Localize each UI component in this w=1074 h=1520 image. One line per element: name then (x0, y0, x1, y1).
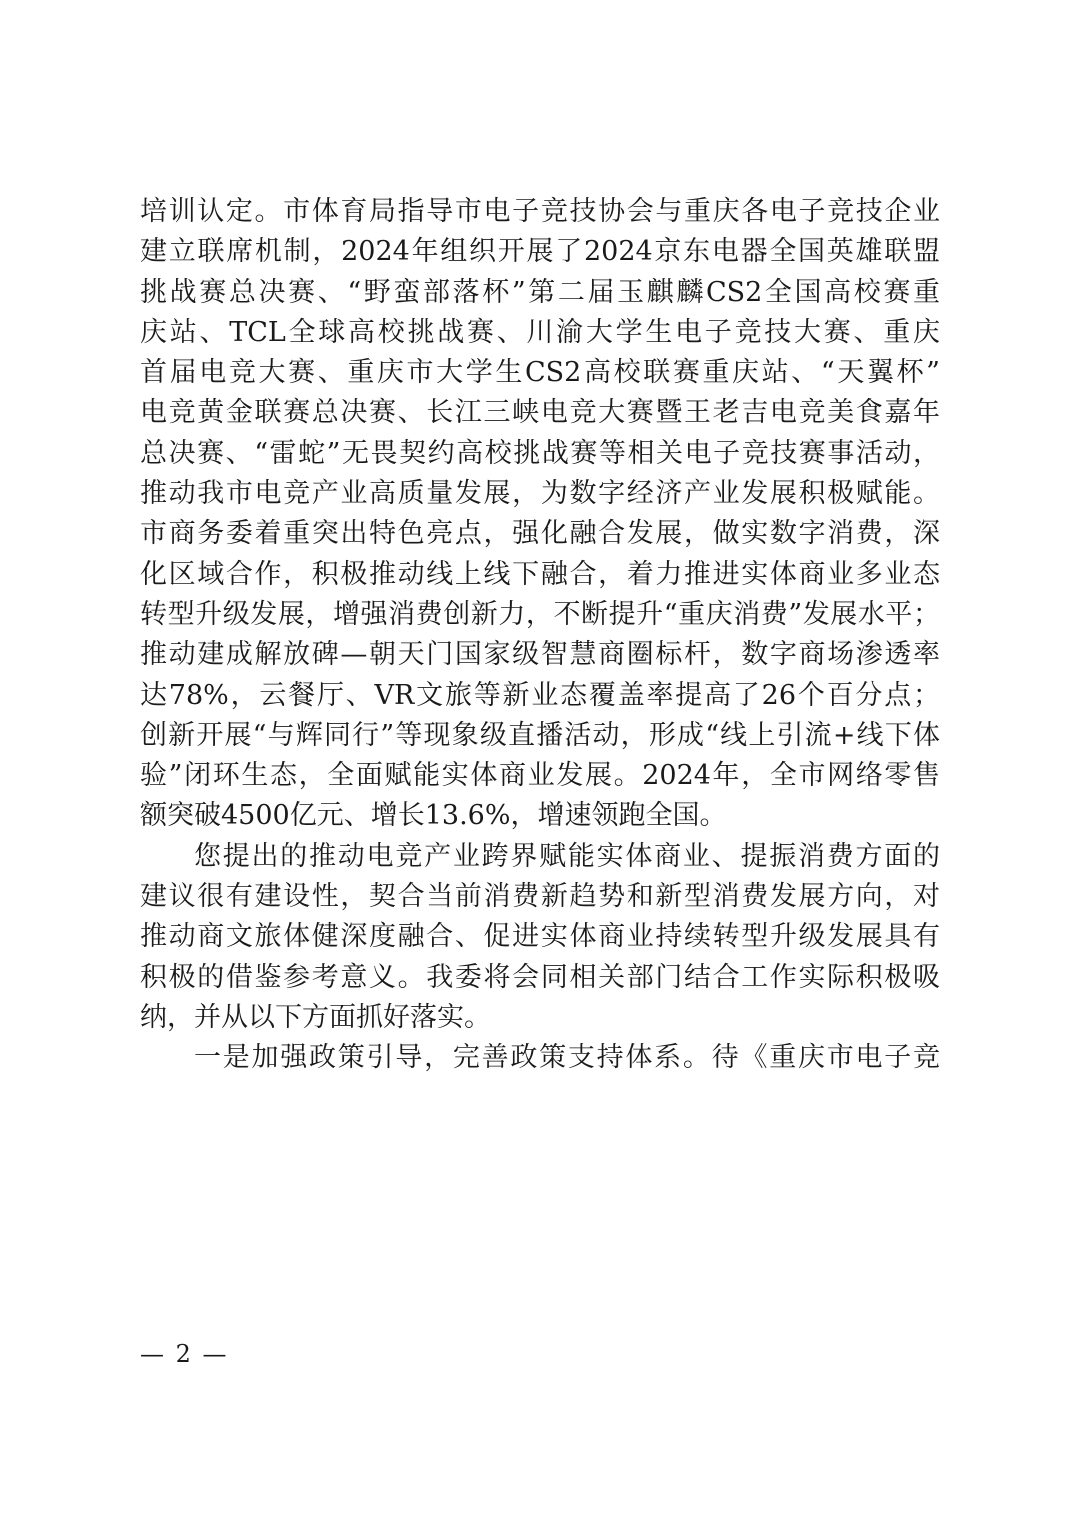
text-line: 庆站、TCL全球高校挑战赛、川渝大学生电子竞技大赛、重庆 (140, 313, 940, 353)
text-line: 化区域合作，积极推动线上线下融合，着力推进实体商业多业态 (140, 555, 940, 595)
text-line: 您提出的推动电竞产业跨界赋能实体商业、提振消费方面的 (140, 837, 940, 877)
text-line: 电竞黄金联赛总决赛、长江三峡电竞大赛暨王老吉电竞美食嘉年 (140, 393, 940, 433)
text-line: 转型升级发展，增强消费创新力，不断提升“重庆消费”发展水平； (140, 595, 940, 635)
text-line: 验”闭环生态，全面赋能实体商业发展。2024年，全市网络零售 (140, 756, 940, 796)
text-line: 一是加强政策引导，完善政策支持体系。待《重庆市电子竞 (140, 1038, 940, 1078)
text-line: 推动建成解放碑—朝天门国家级智慧商圈标杆，数字商场渗透率 (140, 635, 940, 675)
text-line: 建立联席机制，2024年组织开展了2024京东电器全国英雄联盟 (140, 232, 940, 272)
text-line: 建议很有建设性，契合当前消费新趋势和新型消费发展方向，对 (140, 877, 940, 917)
text-line: 达78%，云餐厅、VR文旅等新业态覆盖率提高了26个百分点； (140, 676, 940, 716)
page-number: — 2 — (140, 1340, 229, 1368)
text-line: 总决赛、“雷蛇”无畏契约高校挑战赛等相关电子竞技赛事活动， (140, 434, 940, 474)
text-line: 推动商文旅体健深度融合、促进实体商业持续转型升级发展具有 (140, 917, 940, 957)
text-line: 纳，并从以下方面抓好落实。 (140, 998, 940, 1038)
text-line: 培训认定。市体育局指导市电子竞技协会与重庆各电子竞技企业 (140, 192, 940, 232)
text-line: 积极的借鉴参考意义。我委将会同相关部门结合工作实际积极吸 (140, 958, 940, 998)
document-page: 培训认定。市体育局指导市电子竞技协会与重庆各电子竞技企业 建立联席机制，2024… (0, 0, 1074, 1520)
text-line: 挑战赛总决赛、“野蛮部落杯”第二届玉麒麟CS2全国高校赛重 (140, 273, 940, 313)
text-line: 创新开展“与辉同行”等现象级直播活动，形成“线上引流+线下体 (140, 716, 940, 756)
document-body: 培训认定。市体育局指导市电子竞技协会与重庆各电子竞技企业 建立联席机制，2024… (140, 192, 940, 1079)
text-line: 推动我市电竞产业高质量发展，为数字经济产业发展积极赋能。 (140, 474, 940, 514)
text-line: 额突破4500亿元、增长13.6%，增速领跑全国。 (140, 796, 940, 836)
text-line: 市商务委着重突出特色亮点，强化融合发展，做实数字消费，深 (140, 514, 940, 554)
text-line: 首届电竞大赛、重庆市大学生CS2高校联赛重庆站、“天翼杯” (140, 353, 940, 393)
